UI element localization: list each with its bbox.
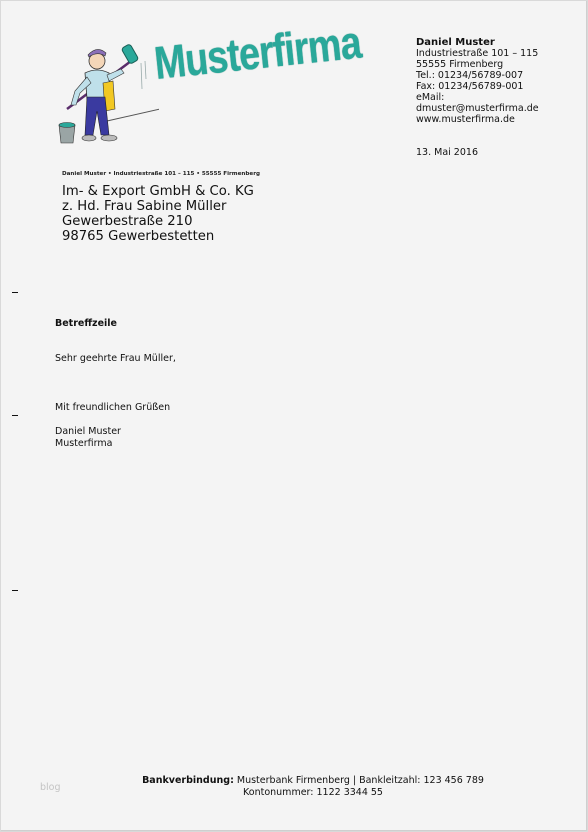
sender-block: Daniel Muster Industriestraße 101 – 115 … bbox=[416, 37, 539, 125]
recipient-company: Im- & Export GmbH & Co. KG bbox=[62, 184, 254, 199]
fold-mark bbox=[12, 292, 18, 293]
signature-name: Daniel Muster bbox=[55, 426, 121, 438]
recipient-block: Im- & Export GmbH & Co. KG z. Hd. Frau S… bbox=[62, 184, 254, 244]
sender-email-label: eMail: bbox=[416, 92, 539, 103]
account-number: Kontonummer: 1122 3344 55 bbox=[37, 787, 588, 799]
bank-label: Bankverbindung: bbox=[142, 775, 234, 786]
letter-page: Musterfirma Daniel Muster Industriestraß… bbox=[1, 1, 587, 831]
signature-block: Daniel Muster Musterfirma bbox=[55, 426, 121, 450]
fold-mark bbox=[12, 590, 18, 591]
bank-info: Musterbank Firmenberg | Bankleitzahl: 12… bbox=[234, 775, 484, 786]
logo-wordmark: Musterfirma bbox=[152, 19, 363, 86]
sender-city: 55555 Firmenberg bbox=[416, 59, 539, 70]
salutation: Sehr geehrte Frau Müller, bbox=[55, 353, 176, 364]
letter-date: 13. Mai 2016 bbox=[416, 147, 478, 158]
painter-icon bbox=[49, 39, 159, 151]
punch-mark bbox=[12, 415, 18, 416]
recipient-city: 98765 Gewerbestetten bbox=[62, 229, 254, 244]
recipient-street: Gewerbestraße 210 bbox=[62, 214, 254, 229]
sender-web: www.musterfirma.de bbox=[416, 114, 539, 125]
signature-company: Musterfirma bbox=[55, 438, 121, 450]
sender-email: dmuster@musterfirma.de bbox=[416, 103, 539, 114]
sender-name: Daniel Muster bbox=[416, 37, 539, 48]
recipient-attention: z. Hd. Frau Sabine Müller bbox=[62, 199, 254, 214]
footer-bank-details: Bankverbindung: Musterbank Firmenberg | … bbox=[1, 775, 588, 799]
return-address-line: Daniel Muster • Industriestraße 101 – 11… bbox=[62, 171, 260, 177]
company-logo: Musterfirma bbox=[49, 39, 349, 151]
sender-fax: Fax: 01234/56789-001 bbox=[416, 81, 539, 92]
sender-tel: Tel.: 01234/56789-007 bbox=[416, 70, 539, 81]
subject-line: Betreffzeile bbox=[55, 318, 117, 329]
sender-street: Industriestraße 101 – 115 bbox=[416, 48, 539, 59]
closing: Mit freundlichen Grüßen bbox=[55, 402, 170, 413]
